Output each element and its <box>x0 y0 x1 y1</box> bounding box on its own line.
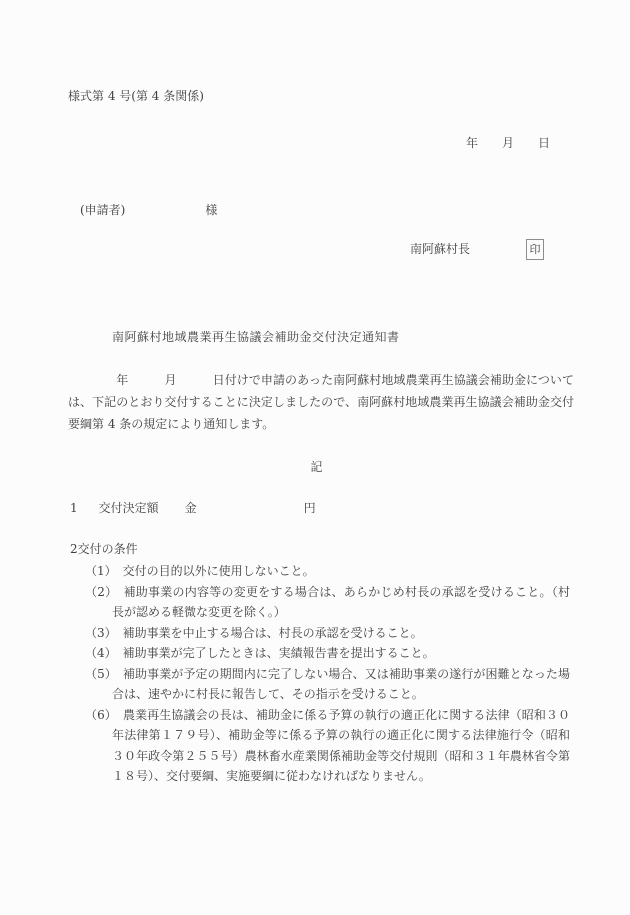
applicant-line: (申請者)様 <box>80 202 217 219</box>
amount-prefix: 金 <box>185 501 197 515</box>
condition-item-1: （1） 交付の目的以外に使用しないこと。 <box>68 561 570 582</box>
form-number-label: 様式第 4 号(第 4 条関係) <box>68 88 204 105</box>
decided-amount-label: 交付決定額 <box>99 501 159 515</box>
record-marker: 記 <box>68 459 565 476</box>
condition-item-3: （3） 補助事業を中止する場合は、村長の承認を受けること。 <box>68 623 570 644</box>
conditions-number: 2 <box>70 542 78 556</box>
date-line: 年 月 日 <box>466 135 550 152</box>
applicant-honorific: 様 <box>205 203 217 217</box>
conditions-list: （1） 交付の目的以外に使用しないこと。 （2） 補助事業の内容等の変更をする場… <box>68 561 570 787</box>
condition-item-4: （4） 補助事業が完了したときは、実績報告書を提出すること。 <box>68 643 570 664</box>
document-title: 南阿蘇村地域農業再生協議会補助金交付決定通知書 <box>112 329 400 346</box>
issuer-title: 南阿蘇村長 <box>410 241 470 258</box>
condition-item-5: （5） 補助事業が予定の期間内に完了しない場合、又は補助事業の遂行が困難となった… <box>68 664 570 705</box>
body-paragraph: 年 月 日付けで申請のあった南阿蘇村地域農業再生協議会補助金については、下記のと… <box>68 369 574 435</box>
condition-item-6: （6） 農業再生協議会の長は、補助金に係る予算の執行の適正化に関する法律（昭和３… <box>68 705 570 787</box>
decided-amount-line: 1交付決定額金円 <box>70 500 316 517</box>
document-page: 様式第 4 号(第 4 条関係) 年 月 日 (申請者)様 南阿蘇村長 印 南阿… <box>0 0 630 915</box>
seal-mark: 印 <box>530 244 541 255</box>
conditions-heading: 2交付の条件 <box>70 541 138 558</box>
conditions-label: 交付の条件 <box>78 542 138 556</box>
condition-item-2: （2） 補助事業の内容等の変更をする場合は、あらかじめ村長の承認を受けること。（… <box>68 582 570 623</box>
decided-amount-number: 1 <box>70 501 78 515</box>
amount-suffix: 円 <box>304 501 316 515</box>
issuer-line: 南阿蘇村長 印 <box>410 241 544 260</box>
applicant-label: (申請者) <box>80 203 125 217</box>
seal-box: 印 <box>526 239 544 260</box>
